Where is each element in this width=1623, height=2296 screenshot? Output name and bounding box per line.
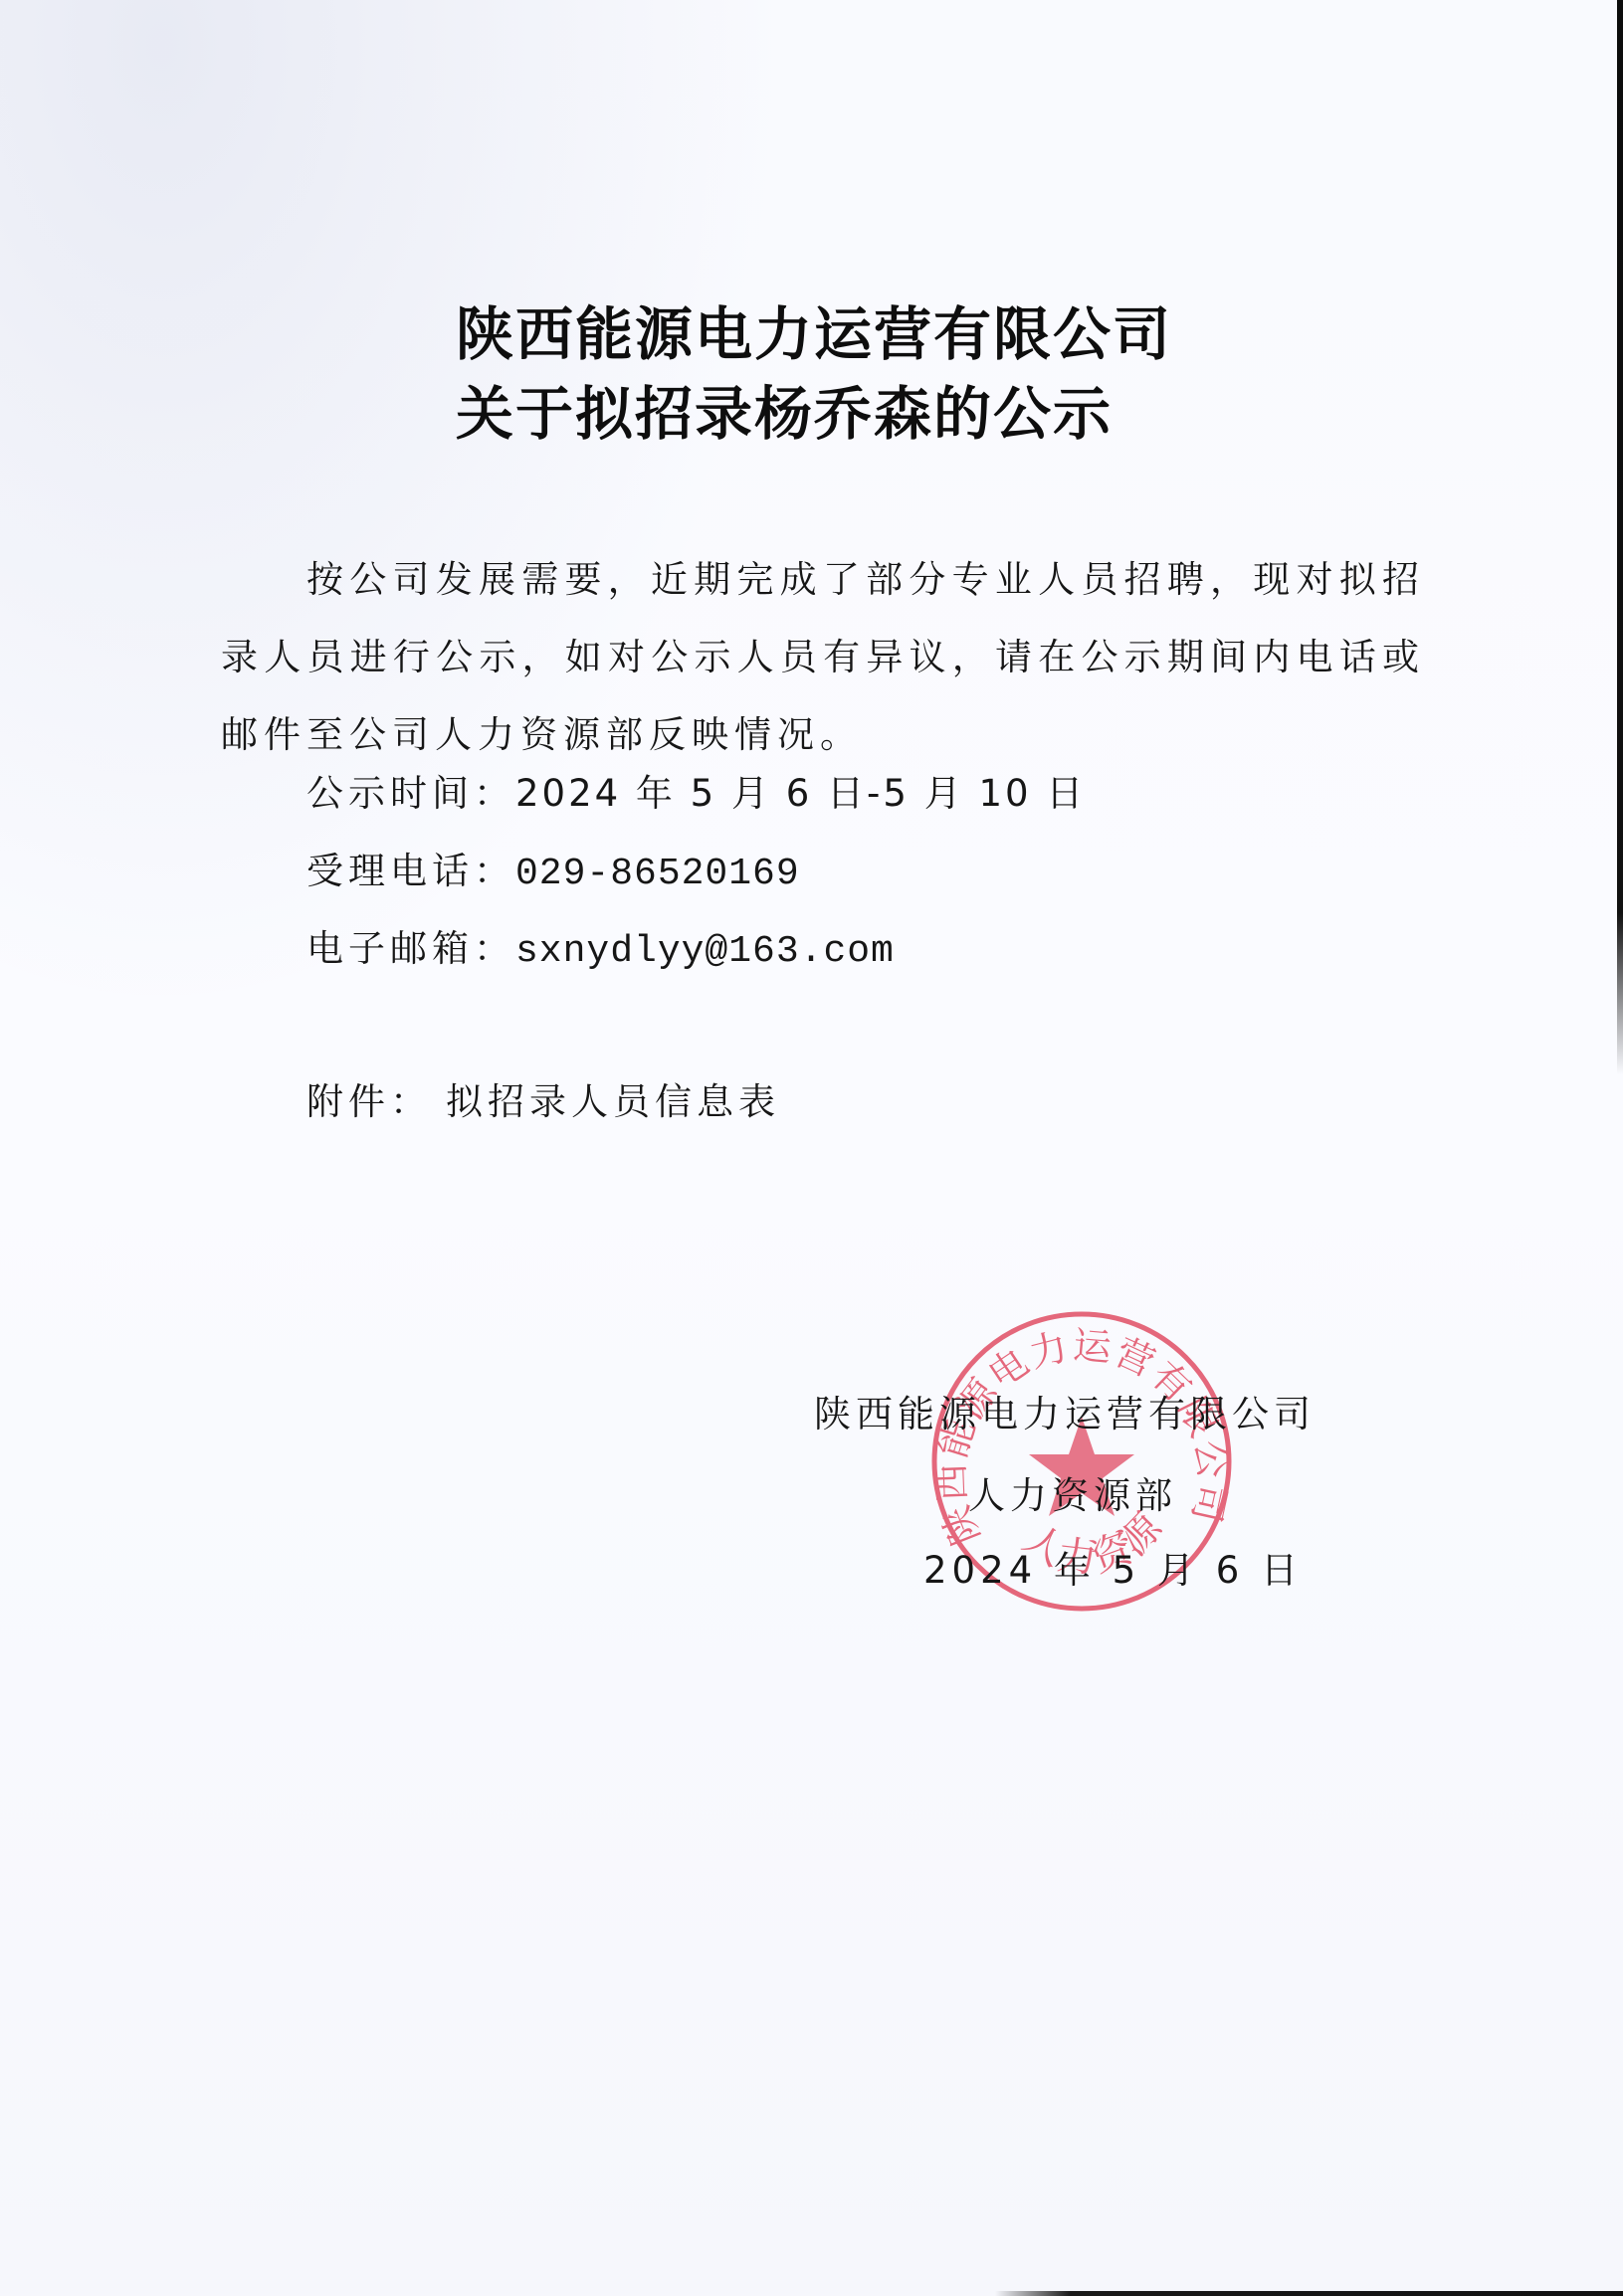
signature-department: 人力资源部 [968, 1472, 1177, 1520]
document-title: 陕西能源电力运营有限公司 关于拟招录杨乔森的公示 [456, 294, 1172, 454]
signature-company: 陕西能源电力运营有限公司 [814, 1391, 1316, 1438]
attachment-label: 附件： [306, 1080, 432, 1123]
attachment-value[interactable]: 拟招录人员信息表 [446, 1080, 780, 1123]
signature-date: 2024 年 5 月 6 日 [923, 1547, 1303, 1595]
publicity-period-value: 2024 年 5 月 6 日-5 月 10 日 [515, 772, 1086, 815]
body-paragraph: 按公司发展需要，近期完成了部分专业人员招聘，现对拟招录人员进行公示，如对公示人员… [221, 541, 1425, 774]
document-page: 陕西能源电力运营有限公司 关于拟招录杨乔森的公示 按公司发展需要，近期完成了部分… [0, 0, 1623, 2296]
scan-border-bottom [995, 2291, 1623, 2296]
attachment-line: 附件：拟招录人员信息表 [306, 1078, 780, 1126]
title-line-1: 陕西能源电力运营有限公司 [456, 294, 1172, 374]
title-line-2: 关于拟招录杨乔森的公示 [456, 374, 1172, 454]
email-line: 电子邮箱：sxnydlyy@163.com [306, 925, 895, 976]
phone-label: 受理电话： [306, 850, 515, 892]
email-value[interactable]: sxnydlyy@163.com [515, 930, 895, 973]
publicity-period-label: 公示时间： [306, 772, 515, 815]
email-label: 电子邮箱： [306, 927, 515, 970]
phone-line: 受理电话：029-86520169 [306, 848, 800, 898]
publicity-period-line: 公示时间：2024 年 5 月 6 日-5 月 10 日 [306, 770, 1086, 818]
scan-border-right [1617, 0, 1623, 1074]
phone-value[interactable]: 029-86520169 [515, 853, 800, 895]
